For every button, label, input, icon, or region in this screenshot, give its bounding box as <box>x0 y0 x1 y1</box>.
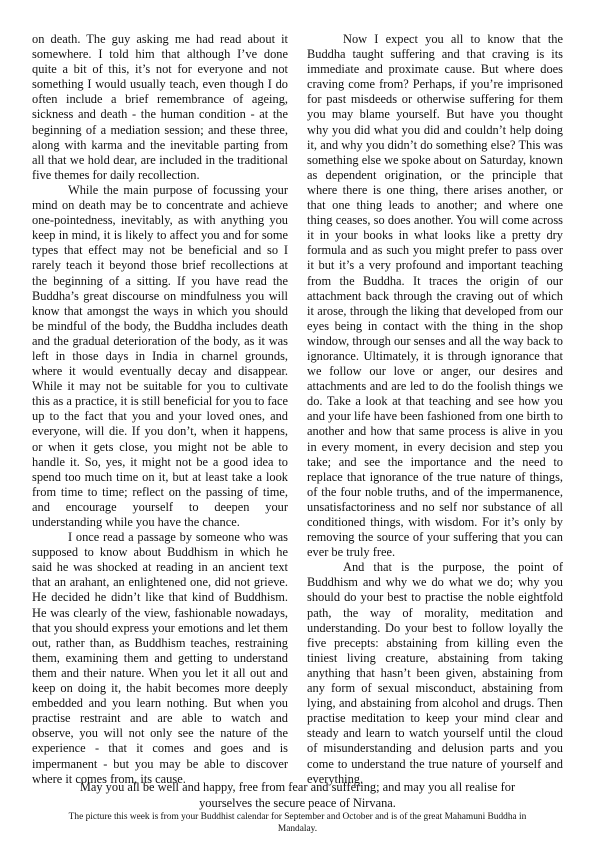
closing-blessing: May you all be well and happy, free from… <box>60 780 535 811</box>
paragraph: Now I expect you all to know that the Bu… <box>307 32 563 560</box>
paragraph: I once read a passage by someone who was… <box>32 530 288 787</box>
paragraph: on death. The guy asking me had read abo… <box>32 32 288 183</box>
right-column: Now I expect you all to know that the Bu… <box>307 32 563 787</box>
picture-caption: The picture this week is from your Buddh… <box>60 812 535 835</box>
body-columns: on death. The guy asking me had read abo… <box>32 32 563 787</box>
paragraph: And that is the purpose, the point of Bu… <box>307 560 563 786</box>
left-column: on death. The guy asking me had read abo… <box>32 32 288 787</box>
paragraph: While the main purpose of focussing your… <box>32 183 288 530</box>
